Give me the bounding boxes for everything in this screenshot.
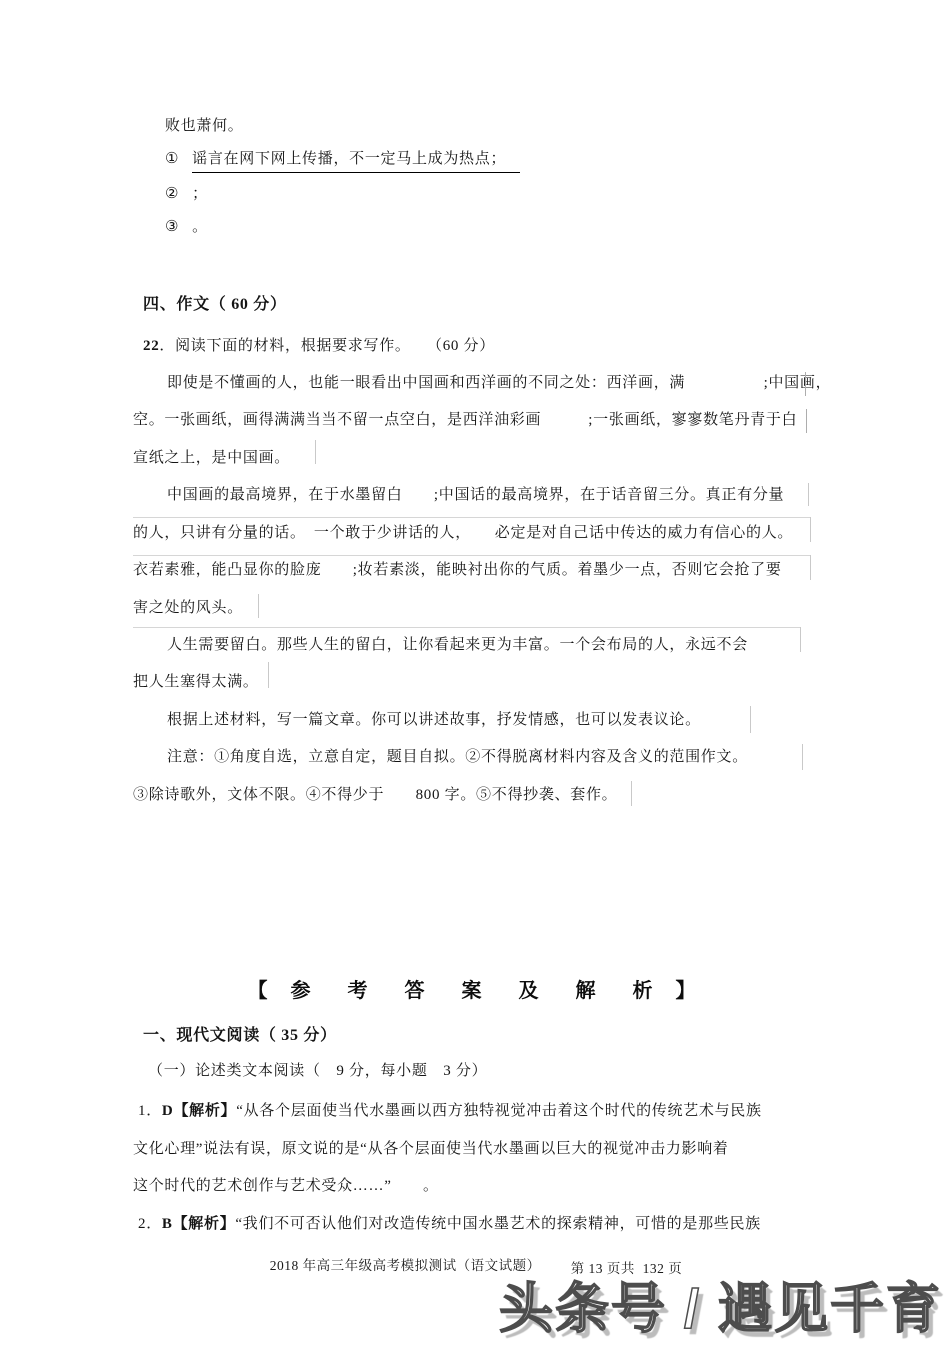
- table-border-fragment: [631, 781, 632, 806]
- answer-line-1: 1．D【解析】“从各个层面使当代水墨画以西方独特视觉冲击着这个时代的传统艺术与民…: [138, 1101, 762, 1121]
- table-border-fragment: [315, 440, 316, 464]
- answer-number: 2．: [138, 1216, 162, 1232]
- answer-explanation: “从各个层面使当代水墨画以西方独特视觉冲击着这个时代的传统艺术与民族: [236, 1103, 761, 1119]
- table-border-fragment: [810, 517, 811, 542]
- blank-item-3: ③。: [165, 217, 208, 237]
- table-border-fragment: [805, 372, 806, 396]
- material-line: 衣若素雅，能凸显你的脸庞 ;妆若素淡，能映衬出你的气质。着墨少一点，否则它会抢了…: [133, 560, 782, 580]
- material-line: 宣纸之上，是中国画。: [133, 448, 290, 468]
- blank-answer-3: 。: [192, 219, 208, 235]
- answers-part-one-heading: 一、现代文阅读（ 35 分）: [143, 1026, 337, 1046]
- answer-explanation: “我们不可否认他们对改造传统中国水墨艺术的探索精神，可惜的是那些民族: [235, 1216, 760, 1232]
- answer-line-2: 文化心理”说法有误，原文说的是“从各个层面使当代水墨画以巨大的视觉冲击力影响着: [133, 1139, 729, 1159]
- circled-number-1: ①: [165, 151, 179, 167]
- question-text: ．阅读下面的材料，根据要求写作。 （60 分）: [159, 338, 495, 354]
- material-line: 人生需要留白。那些人生的留白，让你看起来更为丰富。一个会布局的人，永远不会: [133, 635, 748, 655]
- table-border-fragment: [802, 744, 803, 770]
- material-line: 把人生塞得太满。: [133, 672, 259, 692]
- material-line: 根据上述材料，写一篇文章。你可以讲述故事，抒发情感，也可以发表议论。: [133, 710, 701, 730]
- table-border-fragment: [133, 627, 800, 628]
- table-border-fragment: [750, 706, 751, 733]
- table-border-fragment: [133, 517, 810, 518]
- material-line: 害之处的风头。: [133, 598, 243, 618]
- circled-number-2: ②: [165, 186, 179, 202]
- answer-choice-label: D【解析】: [162, 1103, 236, 1119]
- table-border-fragment: [133, 555, 810, 556]
- blank-item-2: ②；: [165, 184, 208, 204]
- watermark-toutiao: 头条号 / 遇见千育: [499, 1266, 942, 1343]
- blank-answer-1: 谣言在网下网上传播，不一定马上成为热点；: [192, 149, 520, 173]
- question-number: 22: [143, 338, 159, 354]
- table-border-fragment: [806, 409, 807, 433]
- question-22: 22．阅读下面的材料，根据要求写作。 （60 分）: [143, 336, 495, 356]
- blank-answer-2: ；: [192, 186, 208, 202]
- table-border-fragment: [800, 627, 801, 652]
- table-border-fragment: [808, 483, 809, 506]
- section-heading-essay: 四、作文（ 60 分）: [143, 295, 287, 315]
- answer-choice-label: B【解析】: [162, 1216, 236, 1232]
- material-line: ③除诗歌外，文体不限。④不得少于 800 字。⑤不得抄袭、套作。: [133, 785, 617, 805]
- material-line: 空。一张画纸，画得满满当当不留一点空白，是西洋油彩画 ;一张画纸，寥寥数笔丹青于…: [133, 410, 797, 430]
- table-border-fragment: [268, 662, 269, 688]
- material-line: 中国画的最高境界，在于水墨留白 ;中国话的最高境界，在于话音留三分。真正有分量: [133, 485, 784, 505]
- text-line-intro: 败也萧何。: [165, 116, 244, 136]
- answer-line-3: 这个时代的艺术创作与艺术受众……” 。: [133, 1176, 439, 1196]
- table-border-fragment: [810, 555, 811, 580]
- answer-number: 1．: [138, 1103, 162, 1119]
- circled-number-3: ③: [165, 219, 179, 235]
- table-border-fragment: [258, 594, 259, 618]
- material-line: 即使是不懂画的人，也能一眼看出中国画和西洋画的不同之处：西洋画，满 ;中国画，: [133, 373, 831, 393]
- material-line: 注意：①角度自选，立意自定，题目自拟。②不得脱离材料内容及含义的范围作文。: [133, 747, 748, 767]
- answer-line-4: 2．B【解析】“我们不可否认他们对改造传统中国水墨艺术的探索精神，可惜的是那些民…: [138, 1214, 761, 1234]
- answers-section-title: 【 参 考 答 案 及 解 析 】: [0, 974, 952, 1003]
- answers-subsection-heading: （一）论述类文本阅读（ 9 分，每小题 3 分）: [148, 1061, 487, 1081]
- blank-item-1: ①谣言在网下网上传播，不一定马上成为热点；: [165, 149, 520, 173]
- exam-paper-page: 败也萧何。 ①谣言在网下网上传播，不一定马上成为热点； ②； ③。 四、作文（ …: [0, 0, 952, 1349]
- material-line: 的人，只讲有分量的话。 一个敢于少讲话的人， 必定是对自己话中传达的威力有信心的…: [133, 523, 793, 543]
